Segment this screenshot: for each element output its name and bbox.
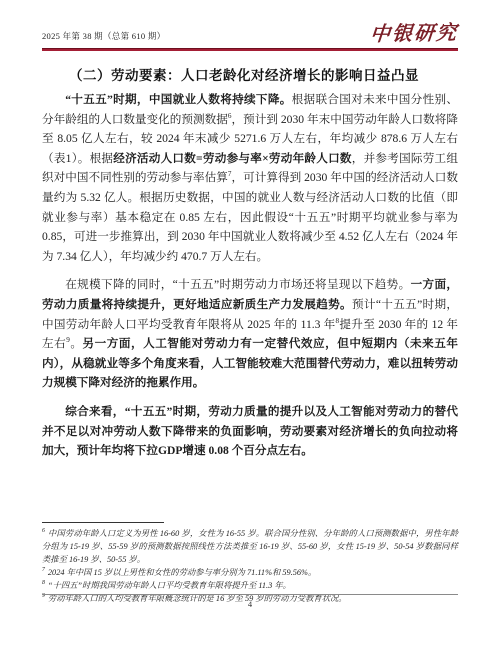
footnote-item: 8“十四五”时期我国劳动年龄人口平均受教育年限将提升至 11.3 年。 xyxy=(42,579,458,592)
body-text: “十五五”时期，中国就业人数将持续下降。根据联合国对未来中国分性别、分年龄组的人… xyxy=(42,90,458,461)
paragraph: 综合来看，“十五五”时期，劳动力质量的提升以及人工智能对劳动力的替代并不足以对冲… xyxy=(42,402,458,461)
section-title: （二）劳动要素：人口老龄化对经济增长的影响日益凸显 xyxy=(42,64,458,84)
text-run: ，可计算得到 2030 年中国的经济活动人口数量约为 5.32 亿人。根据历史数… xyxy=(42,171,458,262)
footnote-item: 6中国劳动年龄人口定义为男性 16-60 岁，女性为 16-55 岁。联合国分性… xyxy=(42,527,458,566)
footnote-text: 2024 年中国 15 岁以上男性和女性的劳动参与率分别为 71.11%和 59… xyxy=(48,568,316,577)
text-run: 在规模下降的同时，“十五五”时期劳动力市场还将呈现以下趋势。 xyxy=(65,278,410,291)
footnote-text: “十四五”时期我国劳动年龄人口平均受教育年限将提升至 11.3 年。 xyxy=(48,581,291,590)
footnote-number: 6 xyxy=(42,528,45,534)
text-run: 经济活动人口数=劳动参与率×劳动年龄人口数 xyxy=(113,152,352,165)
text-run: 另一方面，人工智能对劳动力有一定替代效应，但中短期内（未来五年内），从稳就业等多… xyxy=(42,337,458,389)
issue-label: 2025 年第 38 期（总第 610 期） xyxy=(42,30,165,45)
page-header: 2025 年第 38 期（总第 610 期） 中银研究 xyxy=(42,0,458,45)
paragraph: “十五五”时期，中国就业人数将持续下降。根据联合国对未来中国分性别、分年龄组的人… xyxy=(42,90,458,266)
header-rule xyxy=(42,48,458,51)
footer-rule xyxy=(42,594,458,595)
footnote-item: 72024 年中国 15 岁以上男性和女性的劳动参与率分别为 71.11%和 5… xyxy=(42,566,458,579)
document-page: 2025 年第 38 期（总第 610 期） 中银研究 （二）劳动要素：人口老龄… xyxy=(0,0,500,647)
page-number: 4 xyxy=(0,599,500,609)
text-run: 综合来看，“十五五”时期，劳动力质量的提升以及人工智能对劳动力的替代并不足以对冲… xyxy=(42,405,458,457)
footnote-number: 7 xyxy=(42,567,45,573)
brand-logo: 中银研究 xyxy=(369,23,459,46)
paragraph: 在规模下降的同时，“十五五”时期劳动力市场还将呈现以下趋势。一方面，劳动力质量将… xyxy=(42,275,458,393)
text-run: 。 xyxy=(70,337,83,350)
footnote-separator xyxy=(42,522,164,523)
footnote-number: 8 xyxy=(42,580,45,586)
footnote-text: 中国劳动年龄人口定义为男性 16-60 岁，女性为 16-55 岁。联合国分性别… xyxy=(42,529,458,564)
text-run: “十五五”时期，中国就业人数将持续下降。 xyxy=(65,93,291,106)
